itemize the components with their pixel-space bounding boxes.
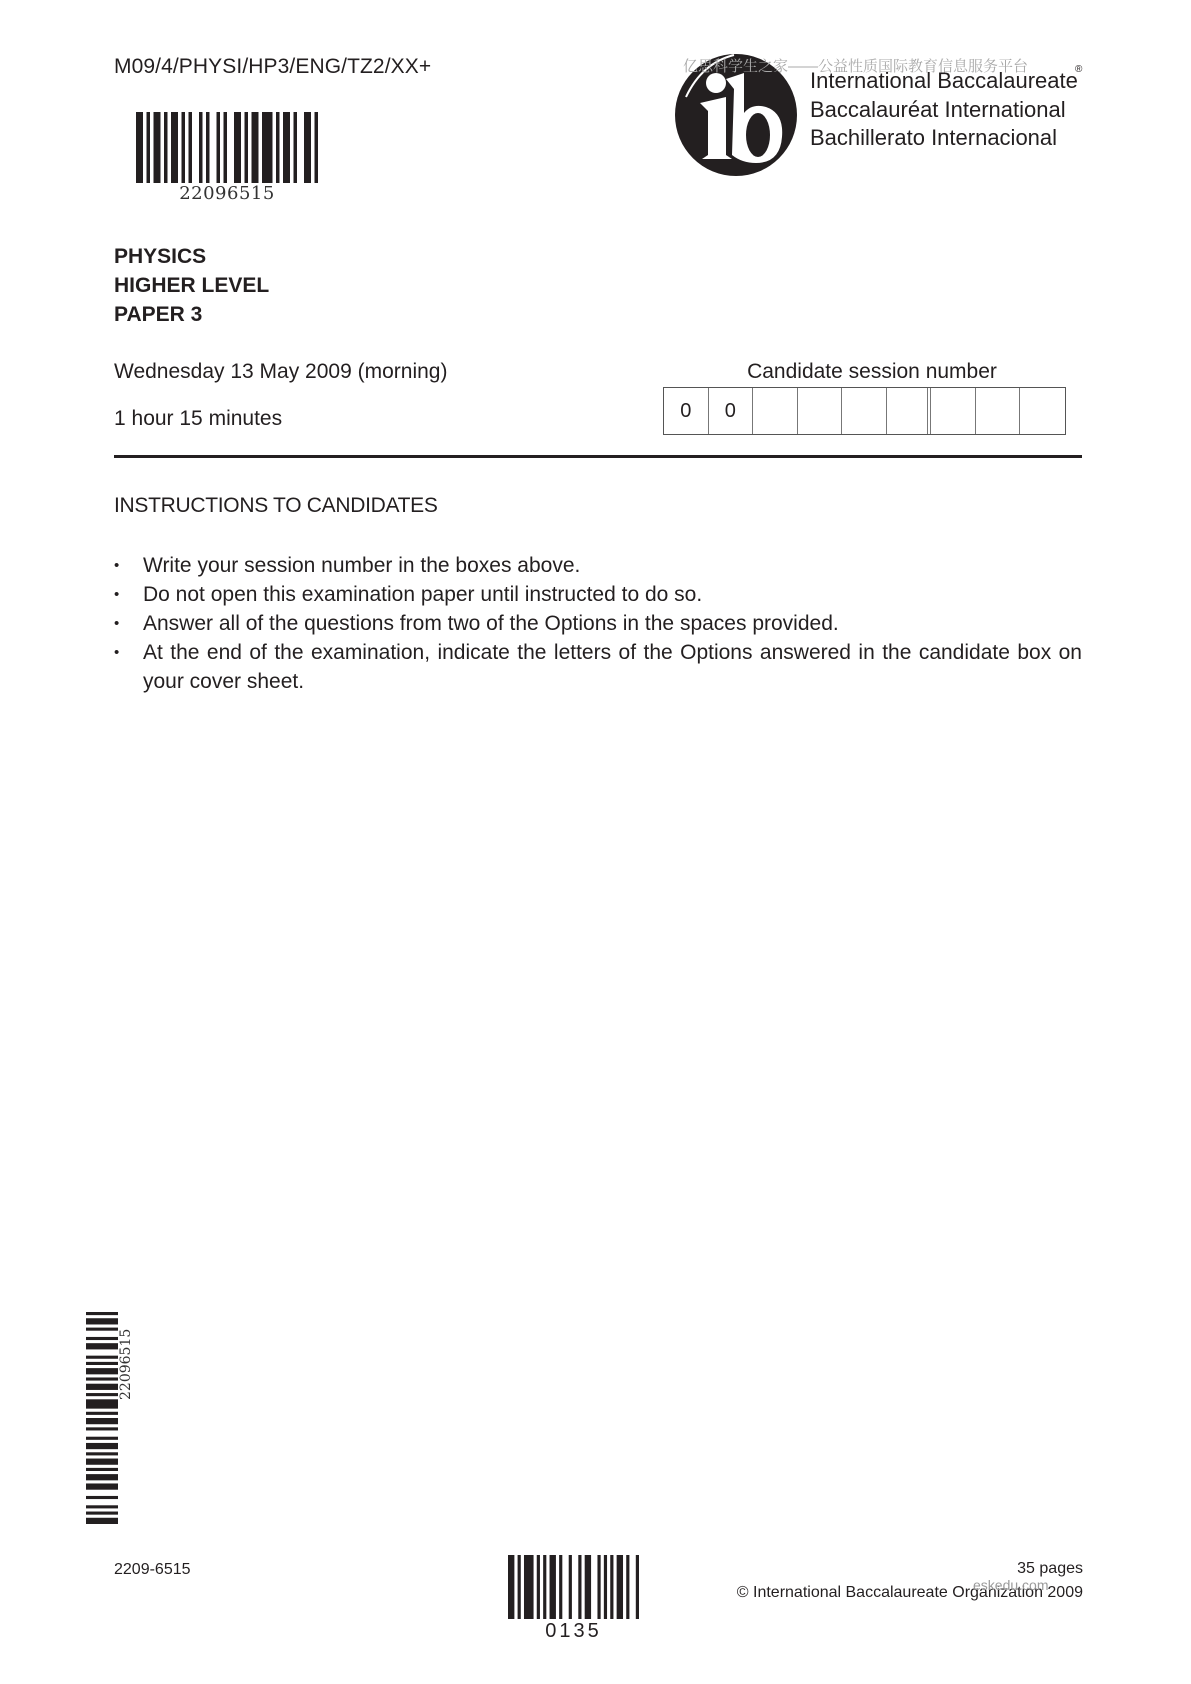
candidate-session-label: Candidate session number	[663, 360, 1081, 384]
footer-code: 2209-6515	[114, 1561, 191, 1579]
instruction-item: Do not open this examination paper until…	[114, 580, 1082, 609]
exam-date: Wednesday 13 May 2009 (morning)	[114, 360, 447, 384]
vertical-barcode-number: 22096515	[118, 1329, 134, 1400]
footer-watermark: eskedu.com	[973, 1577, 1048, 1593]
session-digit-box[interactable]	[798, 388, 843, 434]
level-title: HIGHER LEVEL	[114, 274, 269, 298]
session-digit-box[interactable]	[753, 388, 798, 434]
instruction-item: At the end of the examination, indicate …	[114, 638, 1082, 696]
page-count: 35 pages	[1017, 1560, 1083, 1578]
session-digit-box[interactable]	[976, 388, 1021, 434]
instructions-list: Write your session number in the boxes a…	[114, 551, 1082, 696]
session-digit-box[interactable]	[887, 388, 932, 434]
paper-title: PAPER 3	[114, 303, 202, 327]
subject-title: PHYSICS	[114, 245, 206, 269]
footer-barcode-icon	[508, 1555, 639, 1619]
instruction-item: Answer all of the questions from two of …	[114, 609, 1082, 638]
session-digit-box[interactable]	[931, 388, 976, 434]
watermark-text: 亿思科学生之家——公益性质国际教育信息服务平台	[683, 55, 1028, 76]
reference-code: M09/4/PHYSI/HP3/ENG/TZ2/XX+	[114, 55, 431, 79]
barcode-icon	[136, 112, 318, 183]
session-digit-box[interactable]: 0	[709, 388, 754, 434]
instructions-heading: INSTRUCTIONS TO CANDIDATES	[114, 494, 438, 518]
registered-mark: ®	[1075, 64, 1082, 75]
logo-text-french: Baccalauréat International	[810, 97, 1066, 123]
vertical-barcode-icon	[86, 1312, 118, 1524]
barcode-number: 22096515	[136, 183, 318, 204]
footer-barcode-number: 0135	[508, 1620, 639, 1643]
candidate-session-boxes: 0 0	[663, 387, 1066, 435]
session-digit-box[interactable]	[1020, 388, 1065, 434]
logo-text-spanish: Bachillerato Internacional	[810, 125, 1057, 151]
exam-duration: 1 hour 15 minutes	[114, 407, 282, 431]
session-digit-box[interactable]	[842, 388, 887, 434]
session-digit-box[interactable]: 0	[664, 388, 709, 434]
instruction-item: Write your session number in the boxes a…	[114, 551, 1082, 580]
divider-rule	[114, 455, 1082, 458]
